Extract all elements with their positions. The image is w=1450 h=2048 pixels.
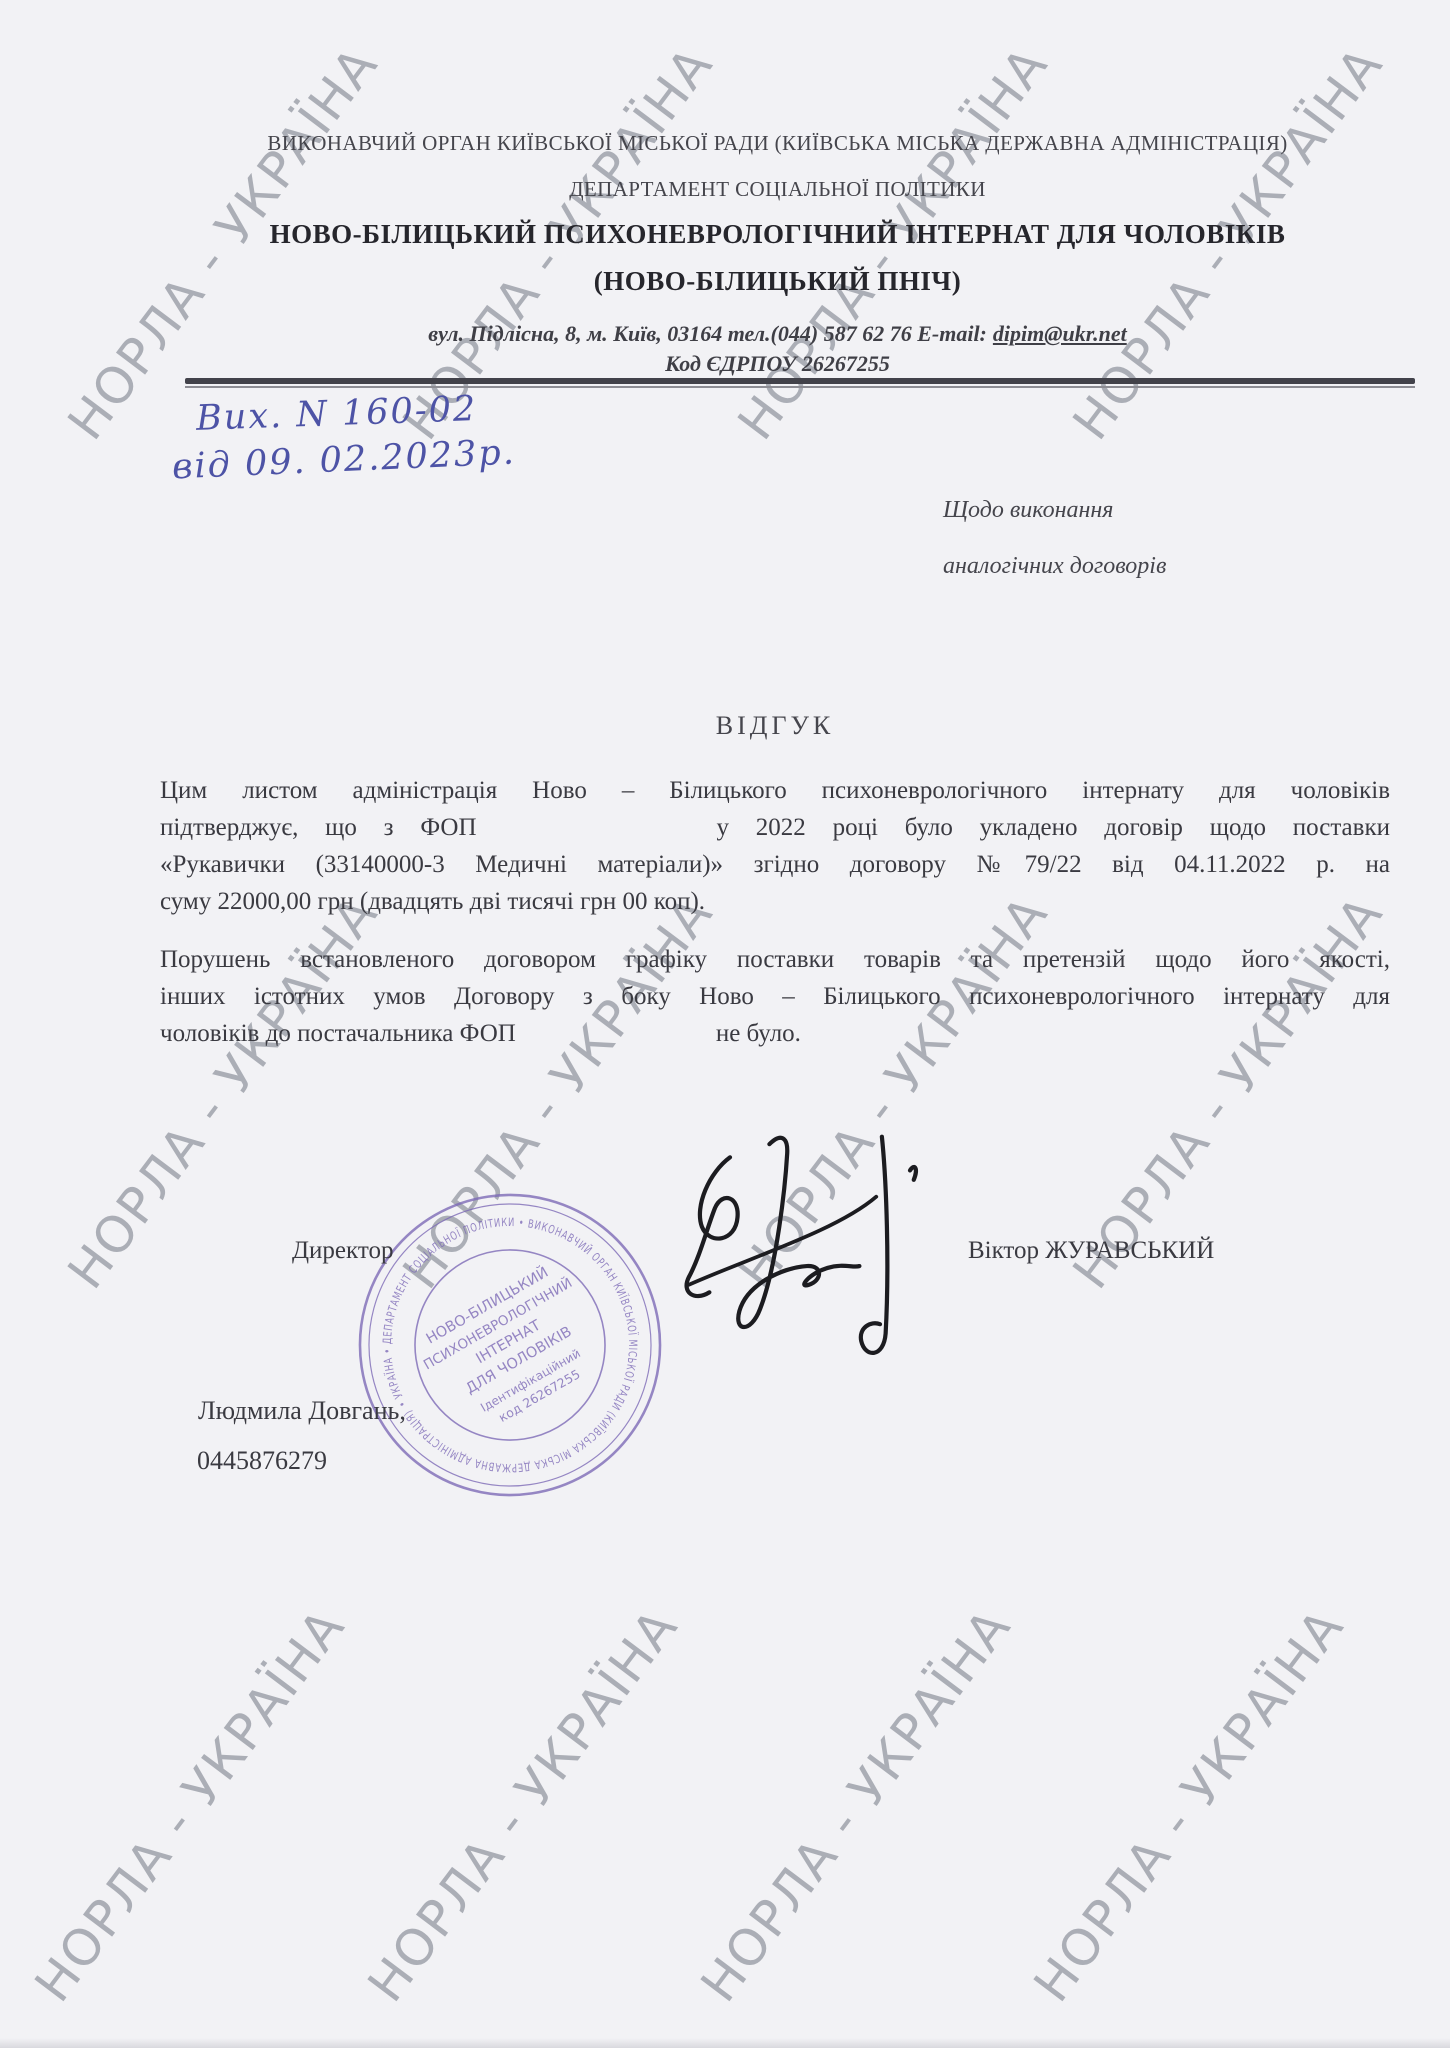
body-paragraph-2: Порушень встановленого договором графіку… [160, 941, 1390, 1052]
paragraph-line: підтверджує, що з ФОПу 2022 році було ук… [160, 809, 1390, 846]
email-text: dipim@ukr.net [993, 321, 1127, 346]
paragraph-line: чоловіків до постачальника ФОПне було. [160, 1015, 1390, 1052]
paragraph-line: суму 22000,00 грн (двадцять дві тисячі г… [160, 883, 1390, 920]
signature-graphic [640, 1118, 940, 1386]
paragraph-line: інших істотних умов Договору з боку Ново… [160, 978, 1390, 1015]
contact-phone: 0445876279 [197, 1446, 327, 1476]
signer-name: Віктор ЖУРАВСЬКИЙ [968, 1237, 1214, 1265]
org-edrpou-line: Код ЄДРПОУ 26267255 [105, 351, 1450, 377]
org-department-line: ДЕПАРТАМЕНТ СОЦІАЛЬНОЇ ПОЛІТИКИ [105, 177, 1450, 202]
subject-line-1: Щодо виконання [943, 497, 1113, 524]
paragraph-line: Порушень встановленого договором графіку… [160, 941, 1390, 978]
org-address-line: вул. Підлісна, 8, м. Київ, 03164 тел.(04… [105, 321, 1450, 347]
paragraph-line: Цим листом адміністрація Ново – Білицько… [160, 772, 1390, 809]
letter-content: ВИКОНАВЧИЙ ОРГАН КИЇВСЬКОЇ МІСЬКОЇ РАДИ … [0, 0, 1450, 2048]
handwritten-date: від 09. 02.2023р. [171, 433, 516, 488]
letterhead-divider [185, 378, 1415, 388]
address-text: вул. Підлісна, 8, м. Київ, 03164 тел.(04… [428, 321, 987, 346]
org-short-name: (НОВО-БІЛИЦЬКИЙ ПНІЧ) [105, 266, 1450, 297]
body-paragraph-1: Цим листом адміністрація Ново – Білицько… [160, 772, 1390, 920]
scanned-letter-page: НОРЛА - УКРАЇНАНОРЛА - УКРАЇНАНОРЛА - УК… [0, 0, 1450, 2048]
subject-line-2: аналогічних договорів [943, 553, 1166, 580]
org-authority-line: ВИКОНАВЧИЙ ОРГАН КИЇВСЬКОЇ МІСЬКОЇ РАДИ … [105, 131, 1450, 156]
scan-edge [0, 2038, 1450, 2048]
document-title: ВІДГУК [160, 711, 1390, 741]
handwritten-ref-number: Вих. N 160-02 [195, 389, 477, 439]
redacted-gap [516, 1040, 716, 1041]
contact-name: Людмила Довгань, [198, 1396, 406, 1426]
paragraph-line: «Рукавички (33140000-3 Медичні матеріали… [160, 846, 1390, 883]
redacted-gap [477, 834, 717, 835]
signer-role: Директор [292, 1237, 393, 1265]
org-name: НОВО-БІЛИЦЬКИЙ ПСИХОНЕВРОЛОГІЧНИЙ ІНТЕРН… [105, 219, 1450, 250]
